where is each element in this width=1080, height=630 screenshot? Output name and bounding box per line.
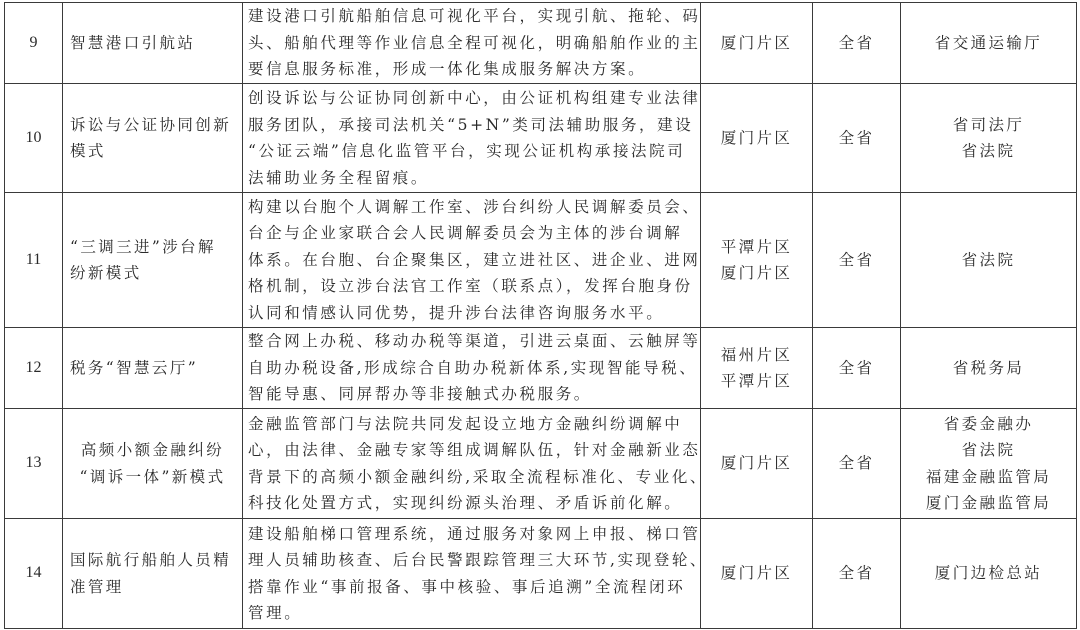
row-number: 10 bbox=[5, 84, 63, 193]
responsible-department: 省法院 bbox=[901, 193, 1077, 328]
row-number: 11 bbox=[5, 193, 63, 328]
measure-name: 诉讼与公证协同创新 模式 bbox=[63, 84, 243, 193]
table-row: 14 国际航行船舶人员精 准管理 建设船舶梯口管理系统，通过服务对象网上申报、梯… bbox=[5, 519, 1077, 629]
responsible-department: 省委金融办 省法院 福建金融监管局 厦门金融监管局 bbox=[901, 409, 1077, 519]
pilot-area: 厦门片区 bbox=[701, 409, 813, 519]
measure-description: 建设船舶梯口管理系统，通过服务对象网上申报、梯口管 理人员辅助核查、后台民警跟踪… bbox=[243, 519, 701, 629]
measure-description: 创设诉讼与公证协同创新中心，由公证机构组建专业法律 服务团队，承接司法机关“5+… bbox=[243, 84, 701, 193]
pilot-area: 平潭片区 厦门片区 bbox=[701, 193, 813, 328]
table-row: 13 高频小额金融纠纷 “调诉一体”新模式 金融监管部门与法院共同发起设立地方金… bbox=[5, 409, 1077, 519]
promotion-scope: 全省 bbox=[813, 409, 901, 519]
measure-name: 高频小额金融纠纷 “调诉一体”新模式 bbox=[63, 409, 243, 519]
pilot-area: 厦门片区 bbox=[701, 84, 813, 193]
measure-description: 整合网上办税、移动办税等渠道，引进云桌面、云触屏等 自助办税设备,形成综合自助办… bbox=[243, 328, 701, 409]
table-row: 9 智慧港口引航站 建设港口引航船舶信息可视化平台，实现引航、拖轮、码 头、船舶… bbox=[5, 3, 1077, 84]
row-number: 12 bbox=[5, 328, 63, 409]
pilot-area: 福州片区 平潭片区 bbox=[701, 328, 813, 409]
measure-description: 构建以台胞个人调解工作室、涉台纠纷人民调解委员会、 台企与企业家联合会人民调解委… bbox=[243, 193, 701, 328]
responsible-department: 厦门边检总站 bbox=[901, 519, 1077, 629]
responsible-department: 省税务局 bbox=[901, 328, 1077, 409]
promotion-scope: 全省 bbox=[813, 328, 901, 409]
pilot-area: 厦门片区 bbox=[701, 3, 813, 84]
promotion-scope: 全省 bbox=[813, 84, 901, 193]
reform-measures-table: 9 智慧港口引航站 建设港口引航船舶信息可视化平台，实现引航、拖轮、码 头、船舶… bbox=[4, 2, 1077, 629]
table-row: 11 “三调三进”涉台解 纷新模式 构建以台胞个人调解工作室、涉台纠纷人民调解委… bbox=[5, 193, 1077, 328]
measure-name: 国际航行船舶人员精 准管理 bbox=[63, 519, 243, 629]
promotion-scope: 全省 bbox=[813, 193, 901, 328]
pilot-area: 厦门片区 bbox=[701, 519, 813, 629]
promotion-scope: 全省 bbox=[813, 519, 901, 629]
measure-name: 税务“智慧云厅” bbox=[63, 328, 243, 409]
responsible-department: 省交通运输厅 bbox=[901, 3, 1077, 84]
row-number: 13 bbox=[5, 409, 63, 519]
promotion-scope: 全省 bbox=[813, 3, 901, 84]
measure-name: “三调三进”涉台解 纷新模式 bbox=[63, 193, 243, 328]
measure-name: 智慧港口引航站 bbox=[63, 3, 243, 84]
table-row: 10 诉讼与公证协同创新 模式 创设诉讼与公证协同创新中心，由公证机构组建专业法… bbox=[5, 84, 1077, 193]
row-number: 9 bbox=[5, 3, 63, 84]
table-row: 12 税务“智慧云厅” 整合网上办税、移动办税等渠道，引进云桌面、云触屏等 自助… bbox=[5, 328, 1077, 409]
responsible-department: 省司法厅 省法院 bbox=[901, 84, 1077, 193]
measure-description: 建设港口引航船舶信息可视化平台，实现引航、拖轮、码 头、船舶代理等作业信息全程可… bbox=[243, 3, 701, 84]
row-number: 14 bbox=[5, 519, 63, 629]
measure-description: 金融监管部门与法院共同发起设立地方金融纠纷调解中 心，由法律、金融专家等组成调解… bbox=[243, 409, 701, 519]
